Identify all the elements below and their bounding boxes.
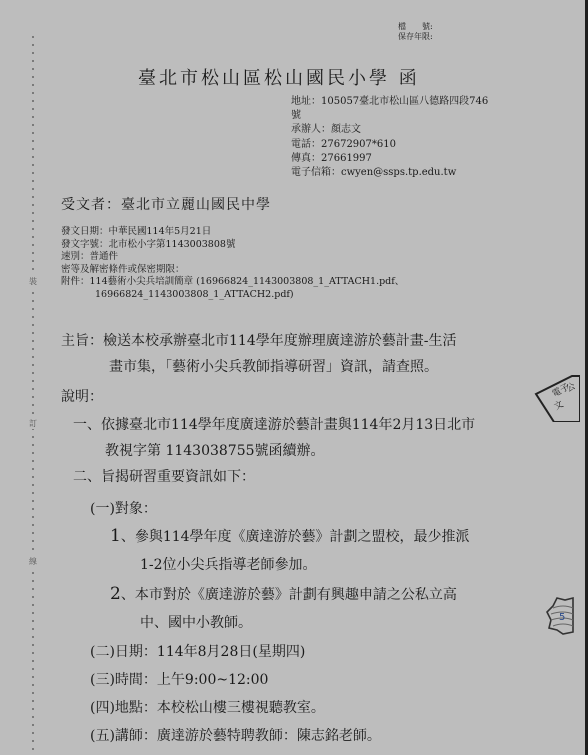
binding-dotted-line [32, 36, 34, 755]
svg-text:5: 5 [559, 612, 565, 623]
sender-info: 地址：105057臺北市松山區八德路四段746 號 承辦人：顏志文 電話：276… [291, 95, 551, 180]
doc-info: 發文日期：中華民國114年5月21日 發文字號：北市松小字第1143003808… [61, 226, 404, 302]
attachment-line1[interactable]: 附件：114藝術小尖兵培訓簡章 (16966824_1143003808_1_A… [61, 276, 404, 289]
sub3-time: (三)時間：上午9:00~12:00 [90, 666, 470, 694]
delivery-speed: 速別：普通件 [61, 251, 404, 264]
sender-address-line1: 地址：105057臺北市松山區八德路四段746 [291, 95, 551, 109]
file-no-label: 檔 號: [398, 22, 433, 32]
retention-label: 保存年限: [398, 32, 433, 42]
subject-line1: 主旨：檢送本校承辦臺北市114學年度辦理廣達游於藝計畫-生活 [61, 328, 521, 354]
binding-mark-staple: 訂 [28, 418, 38, 429]
subject: 主旨：檢送本校承辦臺北市114學年度辦理廣達游於藝計畫-生活 畫市集，「藝術小尖… [61, 328, 521, 380]
item1-line2: 教視字第 1143038755號函續辦。 [73, 438, 475, 464]
sub1-item1: 1、參與114學年度《廣達游於藝》計劃之盟校，最少推派 [90, 522, 470, 551]
sender-contact: 承辦人：顏志文 [291, 123, 551, 137]
seal-stamp-icon: 5 [545, 594, 575, 636]
sender-phone: 電話：27672907*610 [291, 138, 551, 152]
sub1-item2-line1: 、本市對於《廣達游於藝》計劃有興趣申請之公私立高 [121, 587, 457, 603]
sub2-date: (二)日期：114年8月28日(星期四) [90, 638, 470, 666]
doc-number: 發文字號：北市松小字第1143003808號 [61, 239, 404, 252]
item2: 二、旨揭研習重要資訊如下： [73, 464, 475, 490]
sub1-label: (一)對象： [90, 496, 470, 522]
subject-line2: 畫市集，「藝術小尖兵教師指導研習」資訊，請查照。 [61, 354, 521, 380]
item1-line1: 一、依據臺北市114學年度廣達游於藝計畫與114年2月13日北市 [73, 412, 475, 438]
sender-address-line2: 號 [291, 109, 551, 123]
file-meta: 檔 號: 保存年限: [398, 22, 433, 42]
explanation-item1: 一、依據臺北市114學年度廣達游於藝計畫與114年2月13日北市 教視字第 11… [73, 412, 475, 490]
electronic-document-stamp-icon: 電子 文 公 [532, 372, 580, 422]
svg-text:文: 文 [552, 398, 566, 413]
attachment-line2[interactable]: 16966824_1143003808_1_ATTACH2.pdf) [61, 289, 404, 302]
binding-mark-bind: 裝 [28, 276, 38, 287]
sender-email: 電子信箱：cwyen@ssps.tp.edu.tw [291, 166, 551, 180]
sub1-item2: 2、本市對於《廣達游於藝》計劃有興趣申請之公私立高 [90, 580, 470, 609]
explanation-label: 說明： [61, 386, 103, 406]
sub1-item1-num: 1 [110, 526, 121, 546]
secrecy-level: 密等及解密條件或保密期限： [61, 264, 404, 277]
sub1-item1-line2: 1-2位小尖兵指導老師參加。 [90, 551, 470, 580]
document-title: 臺北市松山區松山國民小學 函 [138, 64, 420, 90]
sub1-item2-num: 2 [110, 584, 121, 604]
sub1-item2-line2: 中、國中小教師。 [90, 609, 470, 638]
recipient: 受文者：臺北市立麗山國民中學 [61, 194, 271, 214]
sub5-lecturer: (五)講師：廣達游於藝特聘教師：陳志銘老師。 [90, 722, 470, 750]
sub1-item1-line1: 、參與114學年度《廣達游於藝》計劃之盟校，最少推派 [121, 529, 470, 545]
sender-fax: 傳真：27661997 [291, 152, 551, 166]
issue-date: 發文日期：中華民國114年5月21日 [61, 226, 404, 239]
sub4-location: (四)地點：本校松山樓三樓視聽教室。 [90, 694, 470, 722]
sub-items: (一)對象： 1、參與114學年度《廣達游於藝》計劃之盟校，最少推派 1-2位小… [90, 496, 470, 750]
binding-mark-line: 線 [28, 556, 38, 567]
